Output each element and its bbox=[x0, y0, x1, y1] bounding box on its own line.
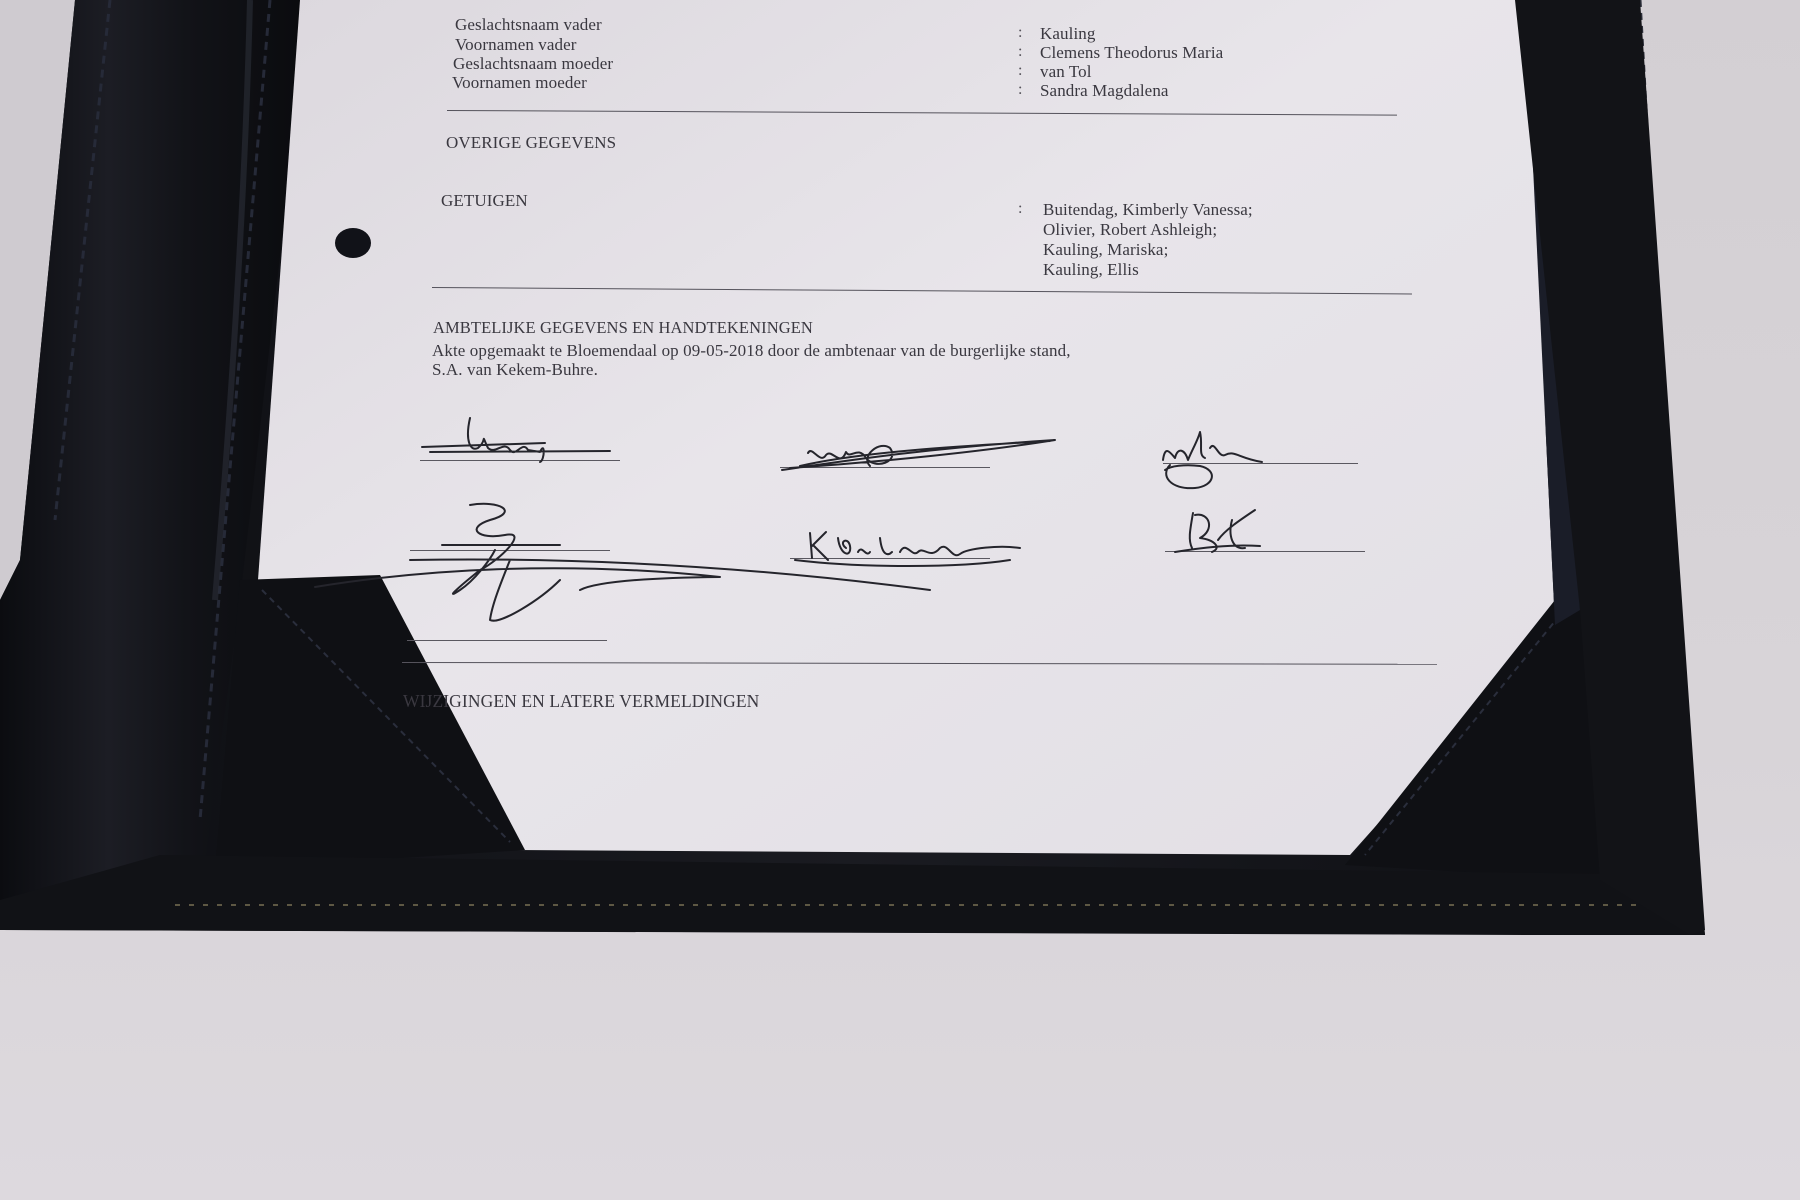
colon: : bbox=[1018, 81, 1022, 99]
witness-2: Olivier, Robert Ashleigh; bbox=[1043, 220, 1217, 239]
other-heading: OVERIGE GEGEVENS bbox=[446, 133, 616, 152]
colon: : bbox=[1018, 43, 1022, 61]
colon: : bbox=[1018, 24, 1022, 42]
signature-line bbox=[407, 640, 607, 641]
value-father-surname: Kauling bbox=[1040, 24, 1095, 43]
value-mother-names: Sandra Magdalena bbox=[1040, 81, 1169, 100]
signature-line bbox=[790, 558, 990, 559]
witness-4: Kauling, Ellis bbox=[1043, 260, 1139, 279]
signature-line bbox=[780, 467, 990, 468]
official-registrar: S.A. van Kekem-Buhre. bbox=[432, 360, 598, 379]
value-father-names: Clemens Theodorus Maria bbox=[1040, 43, 1223, 62]
official-heading: AMBTELIJKE GEGEVENS EN HANDTEKENINGEN bbox=[433, 318, 813, 337]
signature-line bbox=[1163, 463, 1358, 464]
photo-scene: Geslachtsnaam vader Voornamen vader Gesl… bbox=[0, 0, 1800, 1200]
colon: : bbox=[1018, 200, 1022, 218]
signature-line bbox=[410, 550, 610, 551]
witness-1: Buitendag, Kimberly Vanessa; bbox=[1043, 200, 1253, 219]
colon: : bbox=[1018, 62, 1022, 80]
official-statement: Akte opgemaakt te Bloemendaal op 09-05-2… bbox=[432, 341, 1071, 360]
label-mother-surname: Geslachtsnaam moeder bbox=[453, 54, 613, 73]
punch-hole bbox=[335, 228, 371, 258]
witnesses-heading: GETUIGEN bbox=[441, 191, 528, 210]
label-father-names: Voornamen vader bbox=[455, 35, 577, 54]
witness-3: Kauling, Mariska; bbox=[1043, 240, 1168, 259]
value-mother-surname: van Tol bbox=[1040, 62, 1092, 81]
signature-line bbox=[420, 460, 620, 461]
changes-heading: WIJZIGINGEN EN LATERE VERMELDINGEN bbox=[403, 692, 759, 711]
leather-folder bbox=[0, 0, 1800, 1200]
signature-line bbox=[1165, 551, 1365, 552]
label-mother-names: Voornamen moeder bbox=[452, 73, 587, 92]
label-father-surname: Geslachtsnaam vader bbox=[455, 15, 602, 34]
